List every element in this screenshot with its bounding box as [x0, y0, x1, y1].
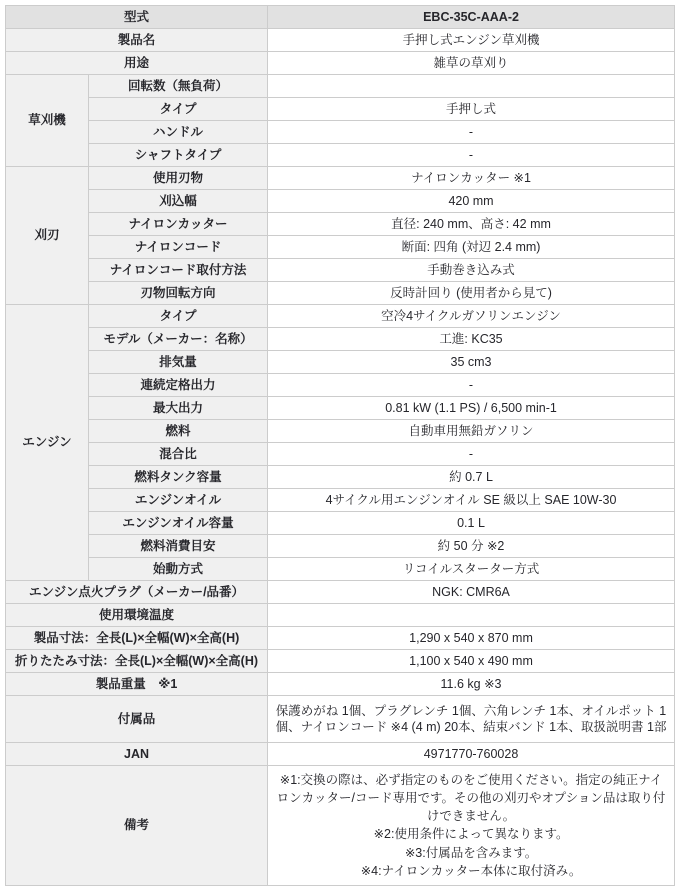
spec-page: 型式 EBC-35C-AAA-2 製品名 手押し式エンジン草刈機 用途 雑草の草… — [0, 0, 679, 891]
row-value: NGK: CMR6A — [268, 581, 675, 604]
row-value: 自動車用無鉛ガソリン — [268, 420, 675, 443]
row-label: 燃料 — [89, 420, 268, 443]
row-label: 始動方式 — [89, 558, 268, 581]
table-row: 始動方式 リコイルスターター方式 — [6, 558, 675, 581]
row-label: モデル（メーカー：名称） — [89, 328, 268, 351]
row-label: 最大出力 — [89, 397, 268, 420]
row-label: ナイロンカッター — [89, 213, 268, 236]
table-row: 刈込幅 420 mm — [6, 190, 675, 213]
row-label: シャフトタイプ — [89, 144, 268, 167]
table-row-ambient-temp: 使用環境温度 — [6, 604, 675, 627]
row-value: 保護めがね 1個、プラグレンチ 1個、六角レンチ 1本、オイルポット 1個、ナイ… — [268, 696, 675, 743]
row-value: 反時計回り (使用者から見て) — [268, 282, 675, 305]
table-row: 燃料タンク容量 約 0.7 L — [6, 466, 675, 489]
row-label: 型式 — [6, 6, 268, 29]
table-row: シャフトタイプ - — [6, 144, 675, 167]
table-row-dimensions: 製品寸法：全長(L)×全幅(W)×全高(H) 1,290 x 540 x 870… — [6, 627, 675, 650]
row-label: タイプ — [89, 305, 268, 328]
row-value: ※1:交換の際は、必ず指定のものをご使用ください。指定の純正ナイロンカッター/コ… — [268, 766, 675, 886]
row-label: 付属品 — [6, 696, 268, 743]
row-value: 11.6 kg ※3 — [268, 673, 675, 696]
group-label-mower: 草刈機 — [6, 75, 89, 167]
table-row-usage: 用途 雑草の草刈り — [6, 52, 675, 75]
row-label: 折りたたみ寸法：全長(L)×全幅(W)×全高(H) — [6, 650, 268, 673]
table-row-weight: 製品重量 ※1 11.6 kg ※3 — [6, 673, 675, 696]
row-value: 工進: KC35 — [268, 328, 675, 351]
table-row-folded-dimensions: 折りたたみ寸法：全長(L)×全幅(W)×全高(H) 1,100 x 540 x … — [6, 650, 675, 673]
table-row: エンジン タイプ 空冷4サイクルガソリンエンジン — [6, 305, 675, 328]
row-label: 刃物回転方向 — [89, 282, 268, 305]
row-label: 排気量 — [89, 351, 268, 374]
table-row: 混合比 - — [6, 443, 675, 466]
table-row: ナイロンコード取付方法 手動巻き込み式 — [6, 259, 675, 282]
row-value: 約 50 分 ※2 — [268, 535, 675, 558]
row-label: エンジンオイル容量 — [89, 512, 268, 535]
row-label: 製品名 — [6, 29, 268, 52]
row-label: 使用刃物 — [89, 167, 268, 190]
row-value: 0.1 L — [268, 512, 675, 535]
row-value: 手押し式エンジン草刈機 — [268, 29, 675, 52]
row-value: ナイロンカッター ※1 — [268, 167, 675, 190]
row-label: 燃料消費目安 — [89, 535, 268, 558]
table-row: 連続定格出力 - — [6, 374, 675, 397]
product-spec-table: 型式 EBC-35C-AAA-2 製品名 手押し式エンジン草刈機 用途 雑草の草… — [5, 5, 675, 886]
table-row-product-name: 製品名 手押し式エンジン草刈機 — [6, 29, 675, 52]
row-label: ナイロンコード取付方法 — [89, 259, 268, 282]
row-value: EBC-35C-AAA-2 — [268, 6, 675, 29]
table-row: モデル（メーカー：名称） 工進: KC35 — [6, 328, 675, 351]
row-value: 直径: 240 mm、高さ: 42 mm — [268, 213, 675, 236]
table-row: 刈刃 使用刃物 ナイロンカッター ※1 — [6, 167, 675, 190]
row-value: 4971770-760028 — [268, 743, 675, 766]
table-row: エンジンオイル容量 0.1 L — [6, 512, 675, 535]
table-row: タイプ 手押し式 — [6, 98, 675, 121]
table-row: ナイロンカッター 直径: 240 mm、高さ: 42 mm — [6, 213, 675, 236]
row-value — [268, 75, 675, 98]
row-value: - — [268, 121, 675, 144]
table-row-accessories: 付属品 保護めがね 1個、プラグレンチ 1個、六角レンチ 1本、オイルポット 1… — [6, 696, 675, 743]
row-value: 0.81 kW (1.1 PS) / 6,500 min-1 — [268, 397, 675, 420]
row-value: 断面: 四角 (対辺 2.4 mm) — [268, 236, 675, 259]
row-label: 連続定格出力 — [89, 374, 268, 397]
row-label: 使用環境温度 — [6, 604, 268, 627]
row-value: 1,290 x 540 x 870 mm — [268, 627, 675, 650]
row-value: - — [268, 443, 675, 466]
table-row-remarks: 備考 ※1:交換の際は、必ず指定のものをご使用ください。指定の純正ナイロンカッタ… — [6, 766, 675, 886]
row-value: 手押し式 — [268, 98, 675, 121]
row-value: 雑草の草刈り — [268, 52, 675, 75]
row-value: リコイルスターター方式 — [268, 558, 675, 581]
row-label: 備考 — [6, 766, 268, 886]
row-value: 35 cm3 — [268, 351, 675, 374]
row-label: エンジン点火プラグ（メーカー/品番） — [6, 581, 268, 604]
table-row-model: 型式 EBC-35C-AAA-2 — [6, 6, 675, 29]
row-label: JAN — [6, 743, 268, 766]
table-row: 排気量 35 cm3 — [6, 351, 675, 374]
table-row-jan: JAN 4971770-760028 — [6, 743, 675, 766]
group-label-engine: エンジン — [6, 305, 89, 581]
table-row-spark-plug: エンジン点火プラグ（メーカー/品番） NGK: CMR6A — [6, 581, 675, 604]
row-value: 約 0.7 L — [268, 466, 675, 489]
row-value: 420 mm — [268, 190, 675, 213]
table-row: ナイロンコード 断面: 四角 (対辺 2.4 mm) — [6, 236, 675, 259]
row-label: ナイロンコード — [89, 236, 268, 259]
row-label: 回転数（無負荷） — [89, 75, 268, 98]
table-row: 刃物回転方向 反時計回り (使用者から見て) — [6, 282, 675, 305]
row-label: 製品重量 ※1 — [6, 673, 268, 696]
row-label: 刈込幅 — [89, 190, 268, 213]
row-value: - — [268, 374, 675, 397]
row-value: 手動巻き込み式 — [268, 259, 675, 282]
row-label: 混合比 — [89, 443, 268, 466]
row-label: エンジンオイル — [89, 489, 268, 512]
remark-line: ※3:付属品を含みます。 — [276, 844, 666, 862]
row-value: 4サイクル用エンジンオイル SE 級以上 SAE 10W-30 — [268, 489, 675, 512]
table-row: 最大出力 0.81 kW (1.1 PS) / 6,500 min-1 — [6, 397, 675, 420]
row-value: 1,100 x 540 x 490 mm — [268, 650, 675, 673]
row-label: タイプ — [89, 98, 268, 121]
remark-line: ※2:使用条件によって異なります。 — [276, 825, 666, 843]
table-row: エンジンオイル 4サイクル用エンジンオイル SE 級以上 SAE 10W-30 — [6, 489, 675, 512]
row-label: 製品寸法：全長(L)×全幅(W)×全高(H) — [6, 627, 268, 650]
row-label: 燃料タンク容量 — [89, 466, 268, 489]
group-label-blade: 刈刃 — [6, 167, 89, 305]
row-value: 空冷4サイクルガソリンエンジン — [268, 305, 675, 328]
table-row: ハンドル - — [6, 121, 675, 144]
table-row: 草刈機 回転数（無負荷） — [6, 75, 675, 98]
row-label: 用途 — [6, 52, 268, 75]
row-label: ハンドル — [89, 121, 268, 144]
table-row: 燃料 自動車用無鉛ガソリン — [6, 420, 675, 443]
remark-line: ※1:交換の際は、必ず指定のものをご使用ください。指定の純正ナイロンカッター/コ… — [276, 771, 666, 825]
table-row: 燃料消費目安 約 50 分 ※2 — [6, 535, 675, 558]
row-value — [268, 604, 675, 627]
remark-line: ※4:ナイロンカッター本体に取付済み。 — [276, 862, 666, 880]
row-value: - — [268, 144, 675, 167]
